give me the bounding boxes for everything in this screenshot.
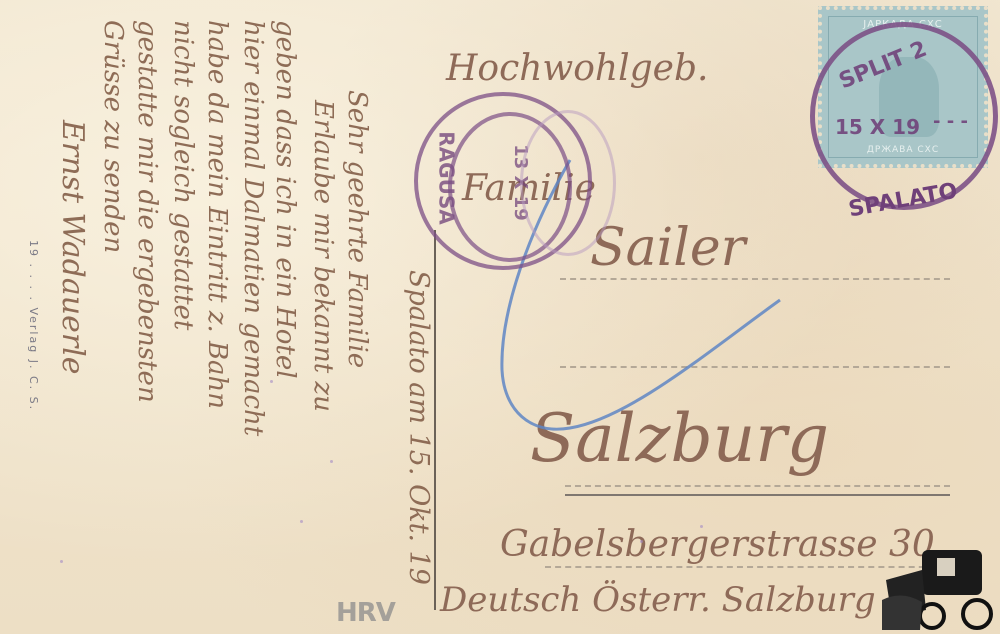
address-underline [565, 494, 950, 496]
stagecoach-icon [882, 540, 998, 634]
message-line-3: geben dass ich in ein Hotel [270, 20, 300, 379]
address-line-3 [565, 485, 950, 487]
message-line-6: nicht sogleich gestattet [168, 20, 198, 330]
split-postmark: SPLIT 2 15 X 19 - - - RAGUSA [810, 22, 998, 210]
ink-speck [330, 460, 333, 463]
message-line-8: Grüsse zu senden [98, 20, 128, 253]
pencil-note: HRV [336, 598, 395, 628]
printer-mark: 19 . . . . Verlag J. C. S. [27, 240, 40, 411]
recipient-country: Deutsch Österr. Salzburg [440, 580, 876, 620]
faint-censor-mark [520, 110, 616, 256]
message-line-5: habe da mein Eintritt z. Bahn [202, 20, 232, 409]
dateline: Spalato am 15. Okt. 19 [403, 270, 434, 585]
ink-speck [700, 525, 703, 528]
postcard: Ernst Wadauerle Grüsse zu senden gestatt… [0, 0, 1000, 634]
message-line-4: hier einmal Dalmatien gemacht [238, 20, 268, 436]
center-divider [434, 230, 436, 610]
ink-speck [60, 560, 63, 563]
ink-speck [640, 540, 643, 543]
signature: Ernst Wadauerle [55, 120, 90, 375]
postmark-top-text: SPLIT 2 [836, 37, 931, 95]
ink-speck [300, 520, 303, 523]
message-line-1: Sehr geehrte Familie [342, 90, 372, 368]
message-line-7: gestatte mir die ergebensten [132, 20, 162, 403]
ink-speck [270, 380, 273, 383]
salutation: Hochwohlgeb. [446, 48, 708, 89]
postmark-date: 15 X 19 [835, 115, 920, 139]
message-line-2: Erlaube mir bekannt zu [308, 100, 338, 412]
recipient-street: Gabelsbergerstrasse 30 [500, 524, 935, 565]
postmark-dashes: - - - [933, 111, 968, 132]
